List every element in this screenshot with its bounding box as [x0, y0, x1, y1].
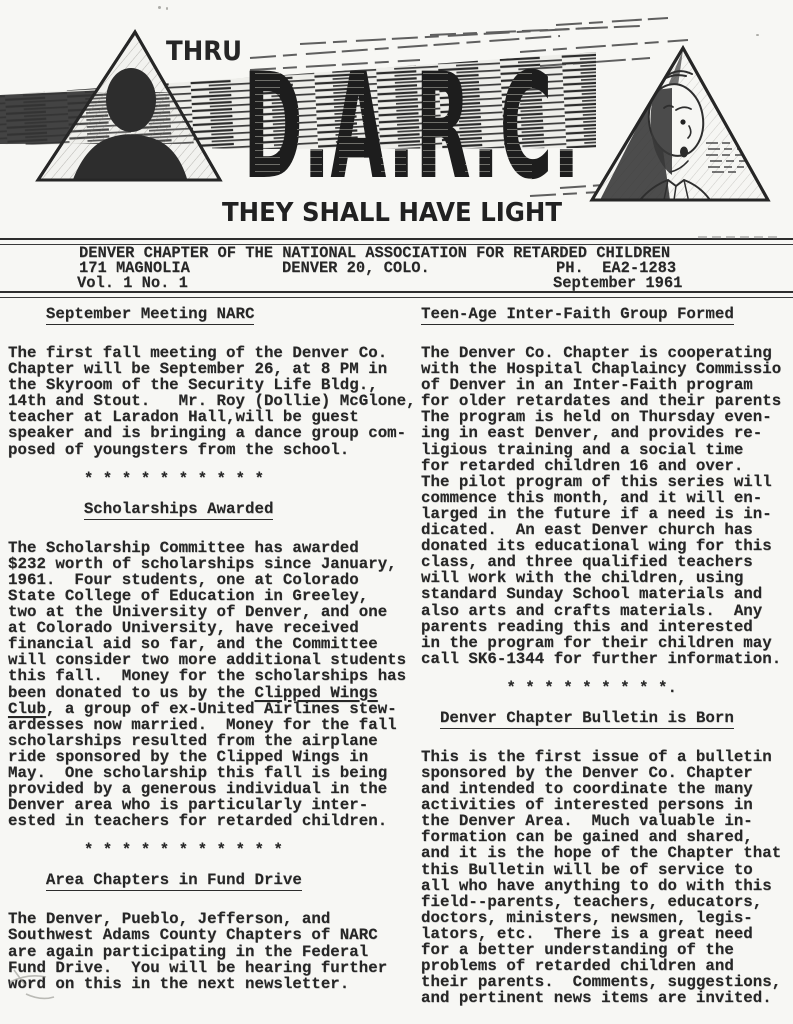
asterisk-separator: * * * * * * * * * * *: [8, 842, 410, 858]
newsletter-page: D.A.R.C.: [0, 0, 793, 1024]
article-body: The first fall meeting of the Denver Co.…: [8, 345, 410, 458]
article-title: Area Chapters in Fund Drive: [8, 872, 410, 888]
article: Scholarships Awarded The Scholarship Com…: [8, 501, 410, 830]
article: Denver Chapter Bulletin is Born This is …: [421, 710, 793, 1007]
article-title: Teen-Age Inter-Faith Group Formed: [421, 306, 793, 322]
scan-speck: [166, 7, 168, 10]
scan-speck: [756, 34, 759, 36]
scan-smudge: [698, 236, 778, 239]
article-title: September Meeting NARC: [8, 306, 410, 322]
masthead: DENVER CHAPTER OF THE NATIONAL ASSOCIATI…: [0, 238, 793, 298]
article-body: The Denver Co. Chapter is cooperating wi…: [421, 345, 793, 667]
article-body: The Scholarship Committee has awarded $2…: [8, 540, 410, 830]
article-body: This is the first issue of a bulletin sp…: [421, 749, 793, 1007]
darc-title: D.A.R.C.: [243, 42, 580, 212]
masthead-date: September 1961: [553, 274, 682, 292]
pencil-marks: [0, 954, 120, 1024]
masthead-rule-bottom: [0, 291, 793, 298]
right-triangle-emblem: [592, 48, 772, 203]
left-column: September Meeting NARC The first fall me…: [8, 300, 410, 1000]
tagline: THEY SHALL HAVE LIGHT: [222, 198, 562, 228]
article: Teen-Age Inter-Faith Group Formed The De…: [421, 306, 793, 667]
masthead-city: DENVER 20, COLO.: [282, 259, 430, 277]
asterisk-separator: * * * * * * * * *.: [421, 680, 793, 696]
logo-artwork: D.A.R.C.: [0, 0, 793, 236]
article-title: Scholarships Awarded: [8, 501, 410, 517]
article: September Meeting NARC The first fall me…: [8, 306, 410, 458]
asterisk-separator: * * * * * * * * * *: [8, 471, 410, 487]
masthead-volume: Vol. 1 No. 1: [77, 274, 188, 292]
article-title: Denver Chapter Bulletin is Born: [421, 710, 793, 726]
thru-label: THRU: [166, 36, 242, 67]
scan-speck: [158, 6, 161, 9]
right-column: Teen-Age Inter-Faith Group Formed The De…: [421, 300, 793, 1014]
